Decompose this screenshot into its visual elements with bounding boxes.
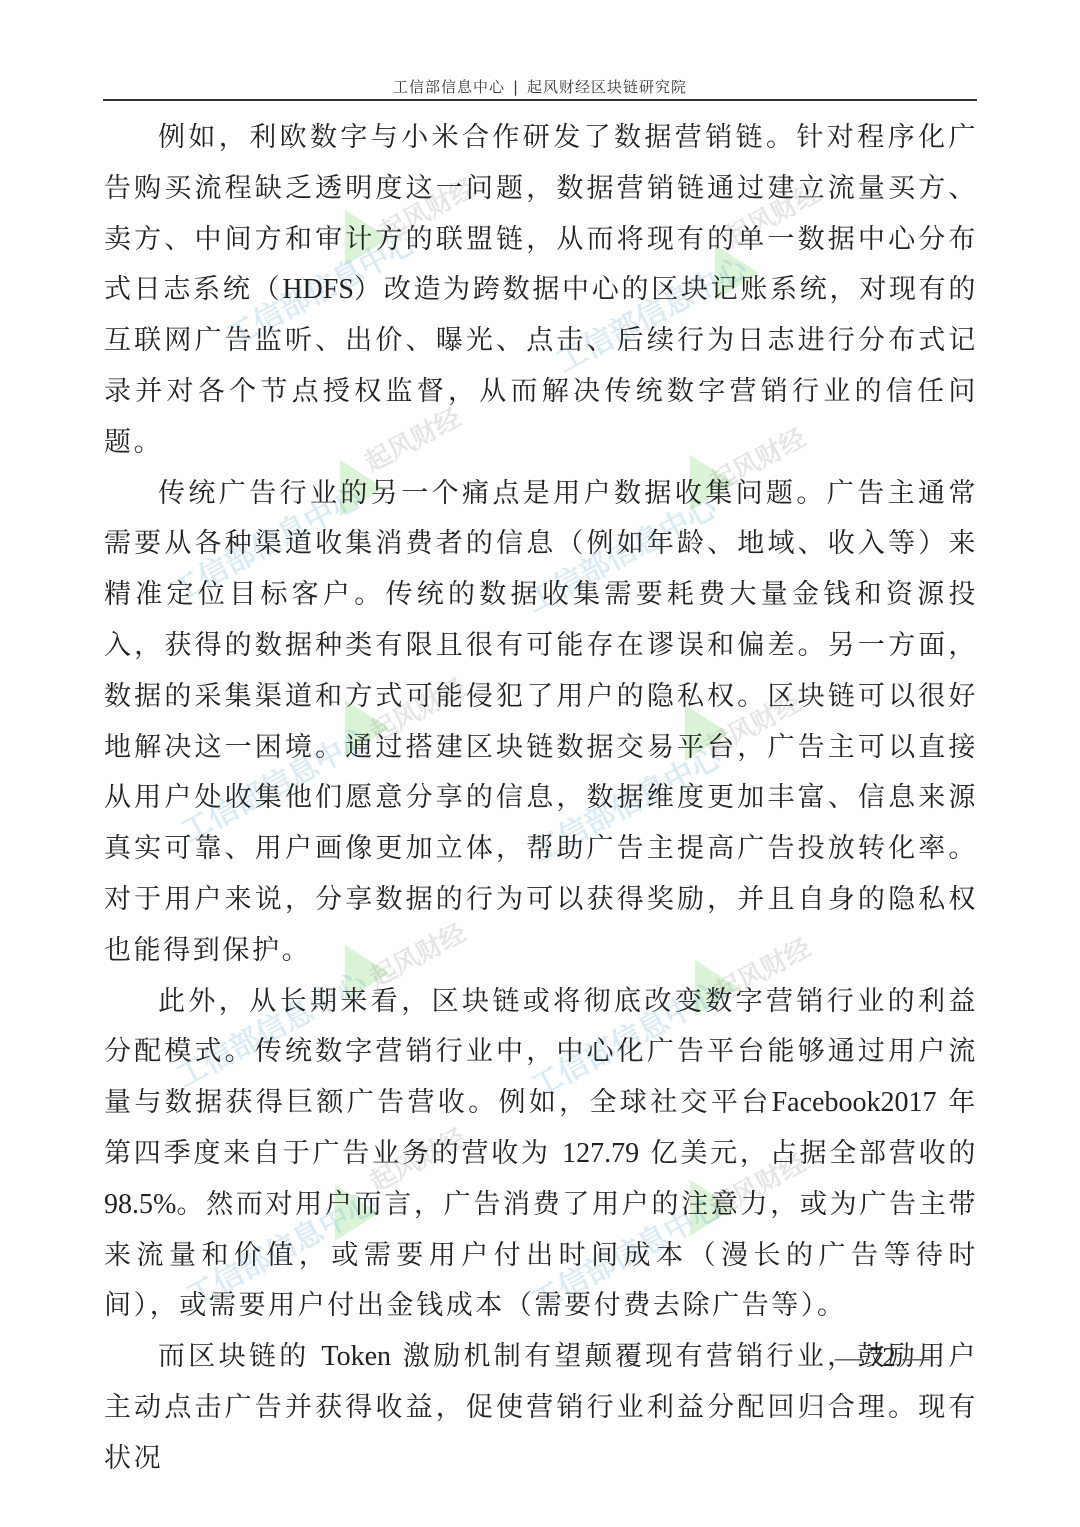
page-number-dash-right: —	[903, 1342, 930, 1372]
paragraph: 传统广告行业的另一个痛点是用户数据收集问题。广告主通常需要从各种渠道收集消费者的…	[104, 469, 978, 977]
header-separator: |	[513, 78, 519, 96]
running-header: 工信部信息中心|起风财经区块链研究院	[103, 76, 977, 97]
page-number-dash-left: —	[835, 1342, 862, 1372]
page-number: — 72 —	[835, 1342, 965, 1373]
document-page: 起风财经 工信部信息中心 起风财经 工信部信息中心 起风财经 工信部信息中心 起…	[0, 0, 1080, 1527]
text-run: 传统广告行业的另一个痛点是用户数据收集问题。广告主通常需要从各种渠道收集消费者的…	[104, 478, 978, 966]
paragraph: 例如，利欧数字与小米合作研发了数据营销链。针对程序化广告购买流程缺乏透明度这一问…	[104, 113, 978, 469]
text-run: 亿美元，占据全部营收的	[651, 1138, 978, 1169]
paragraph: 此外，从长期来看，区块链或将彻底改变数字营销行业的利益分配模式。传统数字营销行业…	[104, 977, 978, 1333]
header-right: 起风财经区块链研究院	[527, 78, 687, 96]
text-run: 而区块链的	[158, 1341, 310, 1372]
text-run: 。然而对用户而言，广告消费了用户的注意力，或为广告主带来流量和价值，或需要用户付…	[104, 1189, 978, 1322]
text-run-latin: 127.79	[562, 1138, 639, 1169]
header-left: 工信部信息中心	[393, 78, 505, 96]
text-run-latin: Facebook2017	[772, 1087, 937, 1118]
text-run-latin: HDFS	[282, 274, 354, 305]
page-number-value: 72	[869, 1342, 896, 1372]
header-rule	[103, 99, 977, 101]
body-text: 例如，利欧数字与小米合作研发了数据营销链。针对程序化广告购买流程缺乏透明度这一问…	[104, 113, 978, 1485]
text-run-latin: 98.5%	[104, 1189, 176, 1220]
text-run-latin: Token	[321, 1341, 391, 1372]
